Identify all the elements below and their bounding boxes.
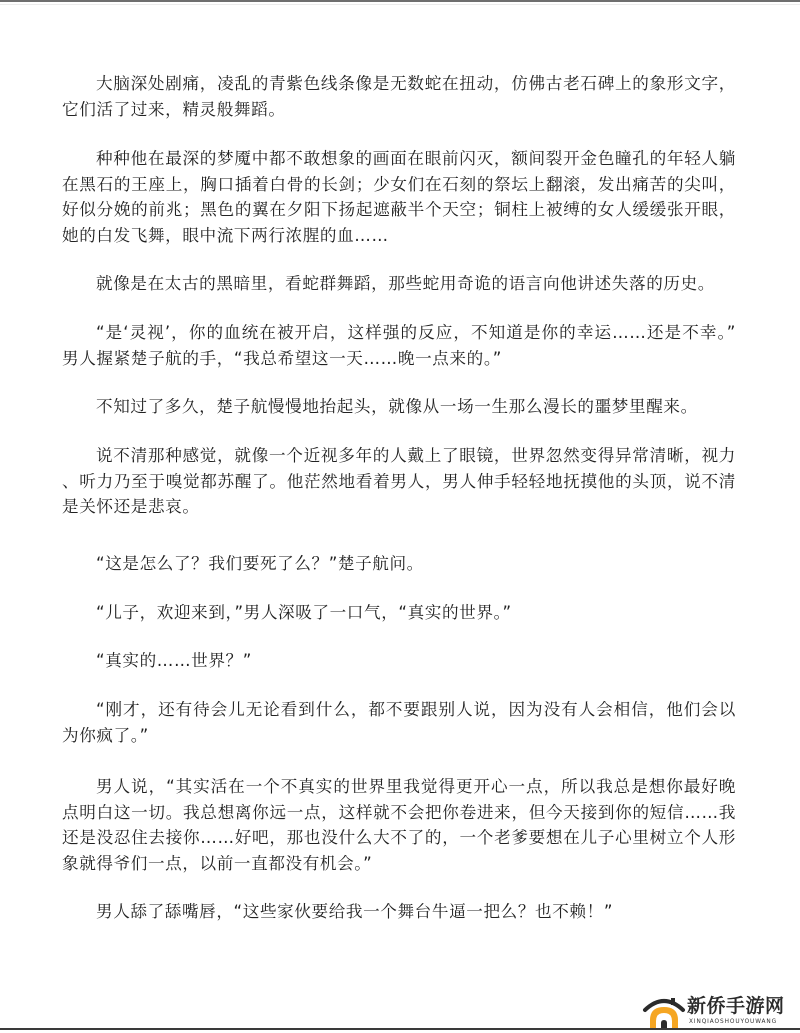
watermark-logo: 新侨手游网 XINQIAOSHOUYOUWANG	[642, 994, 800, 1028]
paragraph: 种种他在最深的梦魇中都不敢想象的画面在眼前闪灭，额间裂开金色瞳孔的年轻人躺在黑石…	[62, 146, 736, 248]
paragraph: 不知过了多久，楚子航慢慢地抬起头，就像从一场一生那么漫长的噩梦里醒来。	[62, 394, 736, 420]
paragraph: “这是怎么了？我们要死了么？”楚子航问。	[62, 551, 736, 577]
paragraph: 大脑深处剧痛，凌乱的青紫色线条像是无数蛇在扭动，仿佛古老石碑上的象形文字，它们活…	[62, 71, 736, 122]
paragraph: “刚才，还有待会儿无论看到什么，都不要跟别人说，因为没有人会相信，他们会以为你疯…	[62, 697, 736, 748]
watermark-title: 新侨手游网	[687, 995, 785, 1017]
paragraph: 说不清那种感觉，就像一个近视多年的人戴上了眼镜，世界忽然变得异常清晰，视力、听力…	[62, 443, 736, 520]
top-border-faint-line	[0, 4, 800, 5]
paragraph: 男人舔了舔嘴唇，“这些家伙要给我一个舞台牛逼一把么？也不赖！”	[62, 899, 736, 925]
paragraph: “儿子，欢迎来到，”男人深吸了一口气，“真实的世界。”	[62, 600, 736, 626]
house-logo-icon	[642, 994, 686, 1028]
paragraph: “真实的……世界？”	[62, 648, 736, 674]
top-border-line	[0, 0, 800, 2]
bottom-border-line	[0, 1028, 800, 1030]
paragraph: “是‘灵视’，你的血统在被开启，这样强的反应，不知道是你的幸运……还是不幸。”男…	[62, 320, 736, 371]
watermark-subtitle: XINQIAOSHOUYOUWANG	[689, 1019, 777, 1026]
paragraph: 就像是在太古的黑暗里，看蛇群舞蹈，那些蛇用奇诡的语言向他讲述失落的历史。	[62, 271, 736, 297]
paragraph: 男人说，“其实活在一个不真实的世界里我觉得更开心一点，所以我总是想你最好晚点明白…	[62, 774, 736, 876]
